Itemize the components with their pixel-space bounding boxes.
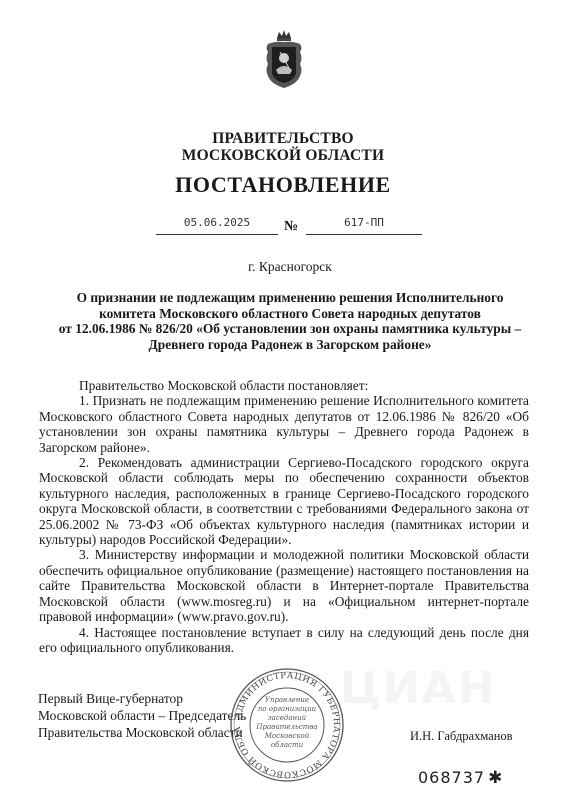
subject-line: комитета Московского областного Совета н… [40,306,540,322]
document-number: 617-ПП [306,216,422,235]
document-page: ПРАВИТЕЛЬСТВО МОСКОВСКОЙ ОБЛАСТИ ПОСТАНО… [0,0,566,800]
signatory-position: Первый Вице-губернатор Московской област… [38,690,246,741]
svg-text:заседаний: заседаний [268,714,307,722]
svg-text:Московской: Московской [264,732,310,740]
body-intro: Правительство Московской области постано… [39,378,529,393]
stamp-line: Управление [265,696,309,704]
document-date: 05.06.2025 [156,216,278,235]
body-paragraph-1: 1. Признать не подлежащим применению реш… [39,393,529,455]
position-line: Московской области – Председатель [38,707,246,724]
svg-text:области: области [271,741,304,749]
signatory-name: И.Н. Габдрахманов [410,729,513,744]
position-line: Первый Вице-губернатор [38,690,246,707]
body-paragraph-4: 4. Настоящее постановление вступает в си… [39,625,529,656]
body-paragraph-3: 3. Министерству информации и молодежной … [39,547,529,624]
svg-text:Правительства: Правительства [255,723,317,731]
svg-text:по организации: по организации [258,705,317,713]
document-subject: О признании не подлежащим применению реш… [40,290,540,352]
number-sign: № [284,219,298,235]
subject-line: от 12.06.1986 № 826/20 «Об установлении … [40,321,540,337]
org-name-line2: МОСКОВСКОЙ ОБЛАСТИ [0,147,566,165]
subject-line: О признании не подлежащим применению реш… [40,290,540,306]
serial-number: 068737✱ [418,768,503,788]
coat-of-arms-icon [265,28,303,90]
official-stamp-icon: АДМИНИСТРАЦИЯ ГУБЕРНАТОРА МОСКОВСКОЙ ОБЛ… [228,666,346,784]
subject-line: Древнего города Радонеж в Загорском райо… [40,337,540,353]
document-body: Правительство Московской области постано… [39,378,529,655]
asterisk-icon: ✱ [488,768,503,788]
document-type-title: ПОСТАНОВЛЕНИЕ [0,172,566,198]
serial-value: 068737 [418,768,485,787]
watermark: ЦИАН [340,663,497,714]
body-paragraph-2: 2. Рекомендовать администрации Сергиево-… [39,455,529,547]
issuing-city: г. Красногорск [0,259,566,275]
position-line: Правительства Московской области [38,724,246,741]
org-name-line1: ПРАВИТЕЛЬСТВО [0,130,566,148]
